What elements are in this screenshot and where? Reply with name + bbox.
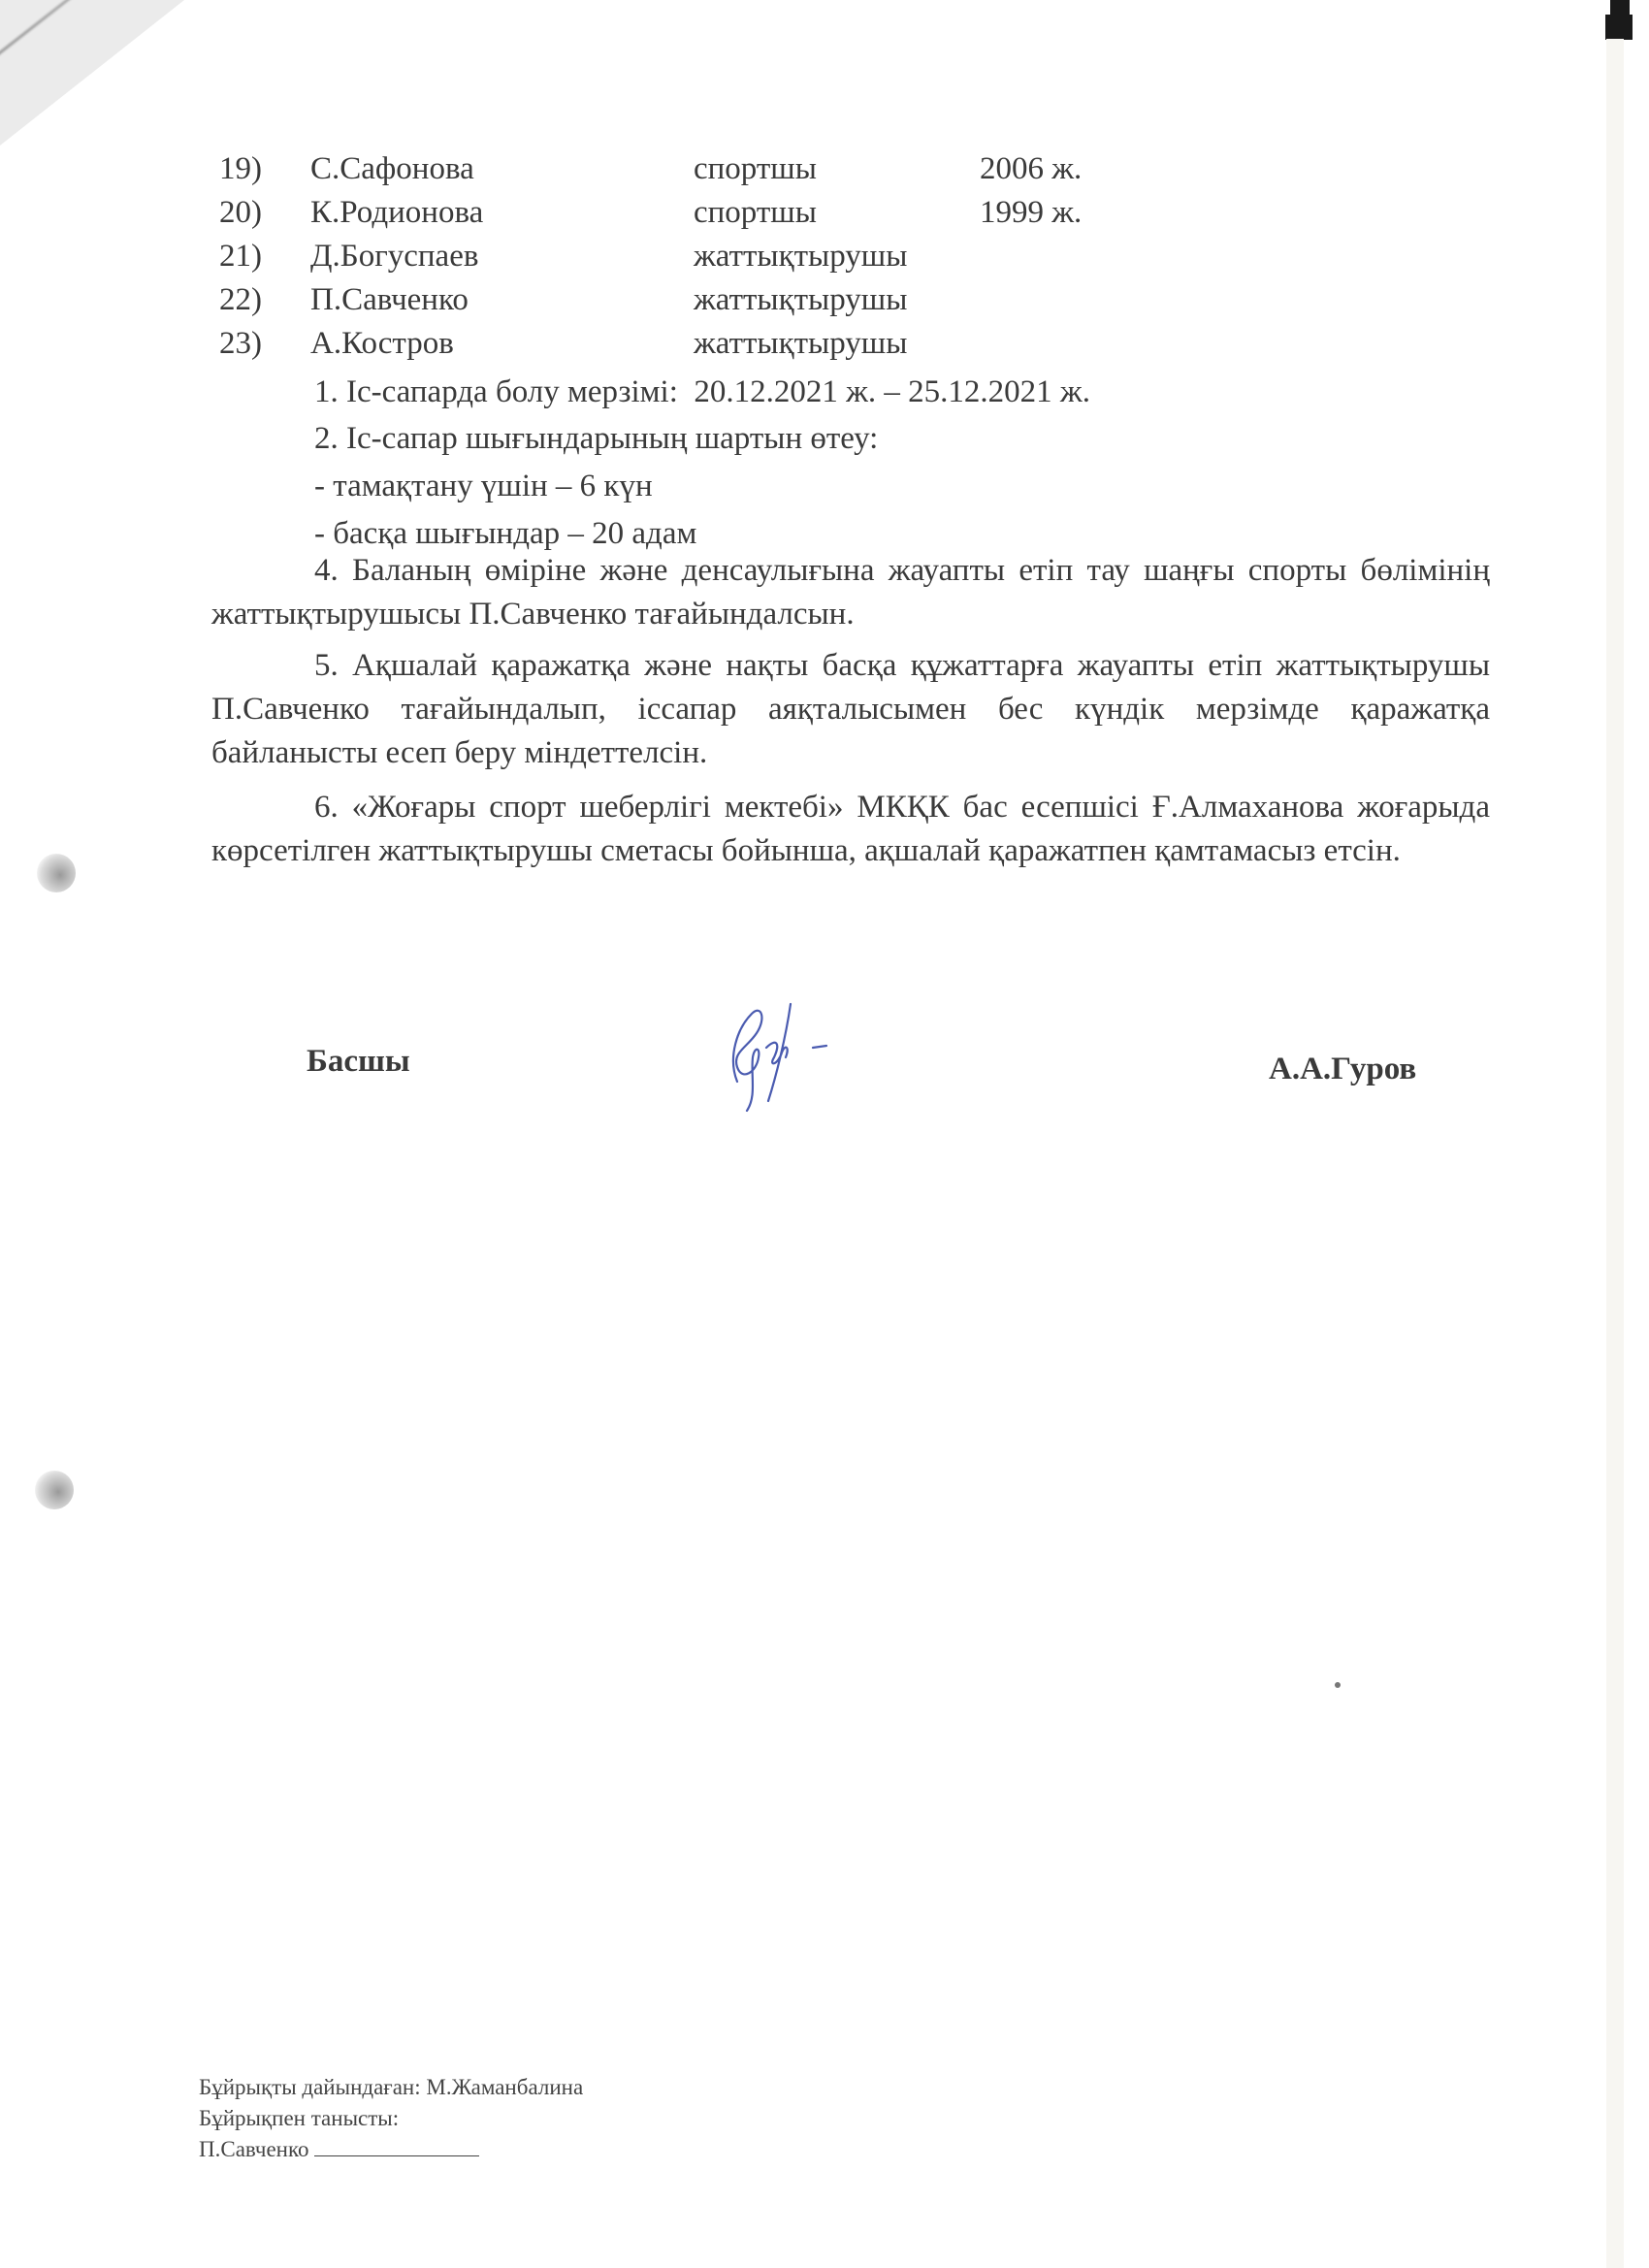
list-item: 22) П.Савченко жаттықтырушы [219,278,1082,322]
signatory-title: Басшы [307,1044,410,1080]
person-name: К.Родионова [310,191,694,235]
signatory-name: А.А.Гуров [1269,1052,1416,1087]
clause-6: 6. «Жоғары спорт шеберлігі мектебі» МКҚК… [211,786,1490,873]
person-name: Д.Богуспаев [310,235,694,278]
person-role: жаттықтырушы [694,278,980,322]
hole-punch [35,1471,74,1509]
person-role: спортшы [694,147,980,191]
acknowledged-person: П.Савченко [199,2137,308,2161]
participant-list: 19) С.Сафонова спортшы 2006 ж. 20) К.Род… [219,147,1082,366]
expenses-food: - тамақтану үшін – 6 күн [314,465,653,508]
trip-period: 1. Іс-сапарда болу мерзімі: 20.12.2021 ж… [314,371,1090,414]
expenses-heading: 2. Іс-сапар шығындарының шартын өтеу: [314,417,878,461]
person-role: жаттықтырушы [694,322,980,366]
scan-speck [1335,1682,1341,1688]
prepared-by: Бұйрықты дайындаған: М.Жаманбалина [199,2072,583,2103]
scan-edge [1610,0,1630,15]
list-item: 23) А.Костров жаттықтырушы [219,322,1082,366]
item-number: 22) [219,278,310,322]
acknowledged-label: Бұйрықпен танысты: [199,2103,583,2134]
page-edge-strip [1606,39,1624,2268]
birth-year: 2006 ж. [980,147,1082,191]
list-item: 21) Д.Богуспаев жаттықтырушы [219,235,1082,278]
list-item: 20) К.Родионова спортшы 1999 ж. [219,191,1082,235]
person-name: А.Костров [310,322,694,366]
clause-4: 4. Баланың өміріне және денсаулығына жау… [211,549,1490,636]
acknowledged-person-row: П.Савченко [199,2134,583,2165]
handwritten-signature [718,989,902,1116]
signature-line [314,2138,479,2156]
person-role: спортшы [694,191,980,235]
clause-5: 5. Ақшалай қаражатқа және нақты басқа құ… [211,644,1490,775]
item-number: 19) [219,147,310,191]
folded-corner [0,0,184,146]
list-item: 19) С.Сафонова спортшы 2006 ж. [219,147,1082,191]
birth-year: 1999 ж. [980,191,1082,235]
item-number: 21) [219,235,310,278]
item-number: 23) [219,322,310,366]
scan-edge [1605,15,1633,40]
footer-block: Бұйрықты дайындаған: М.Жаманбалина Бұйры… [199,2072,583,2165]
person-role: жаттықтырушы [694,235,980,278]
person-name: С.Сафонова [310,147,694,191]
person-name: П.Савченко [310,278,694,322]
item-number: 20) [219,191,310,235]
hole-punch [37,854,76,892]
